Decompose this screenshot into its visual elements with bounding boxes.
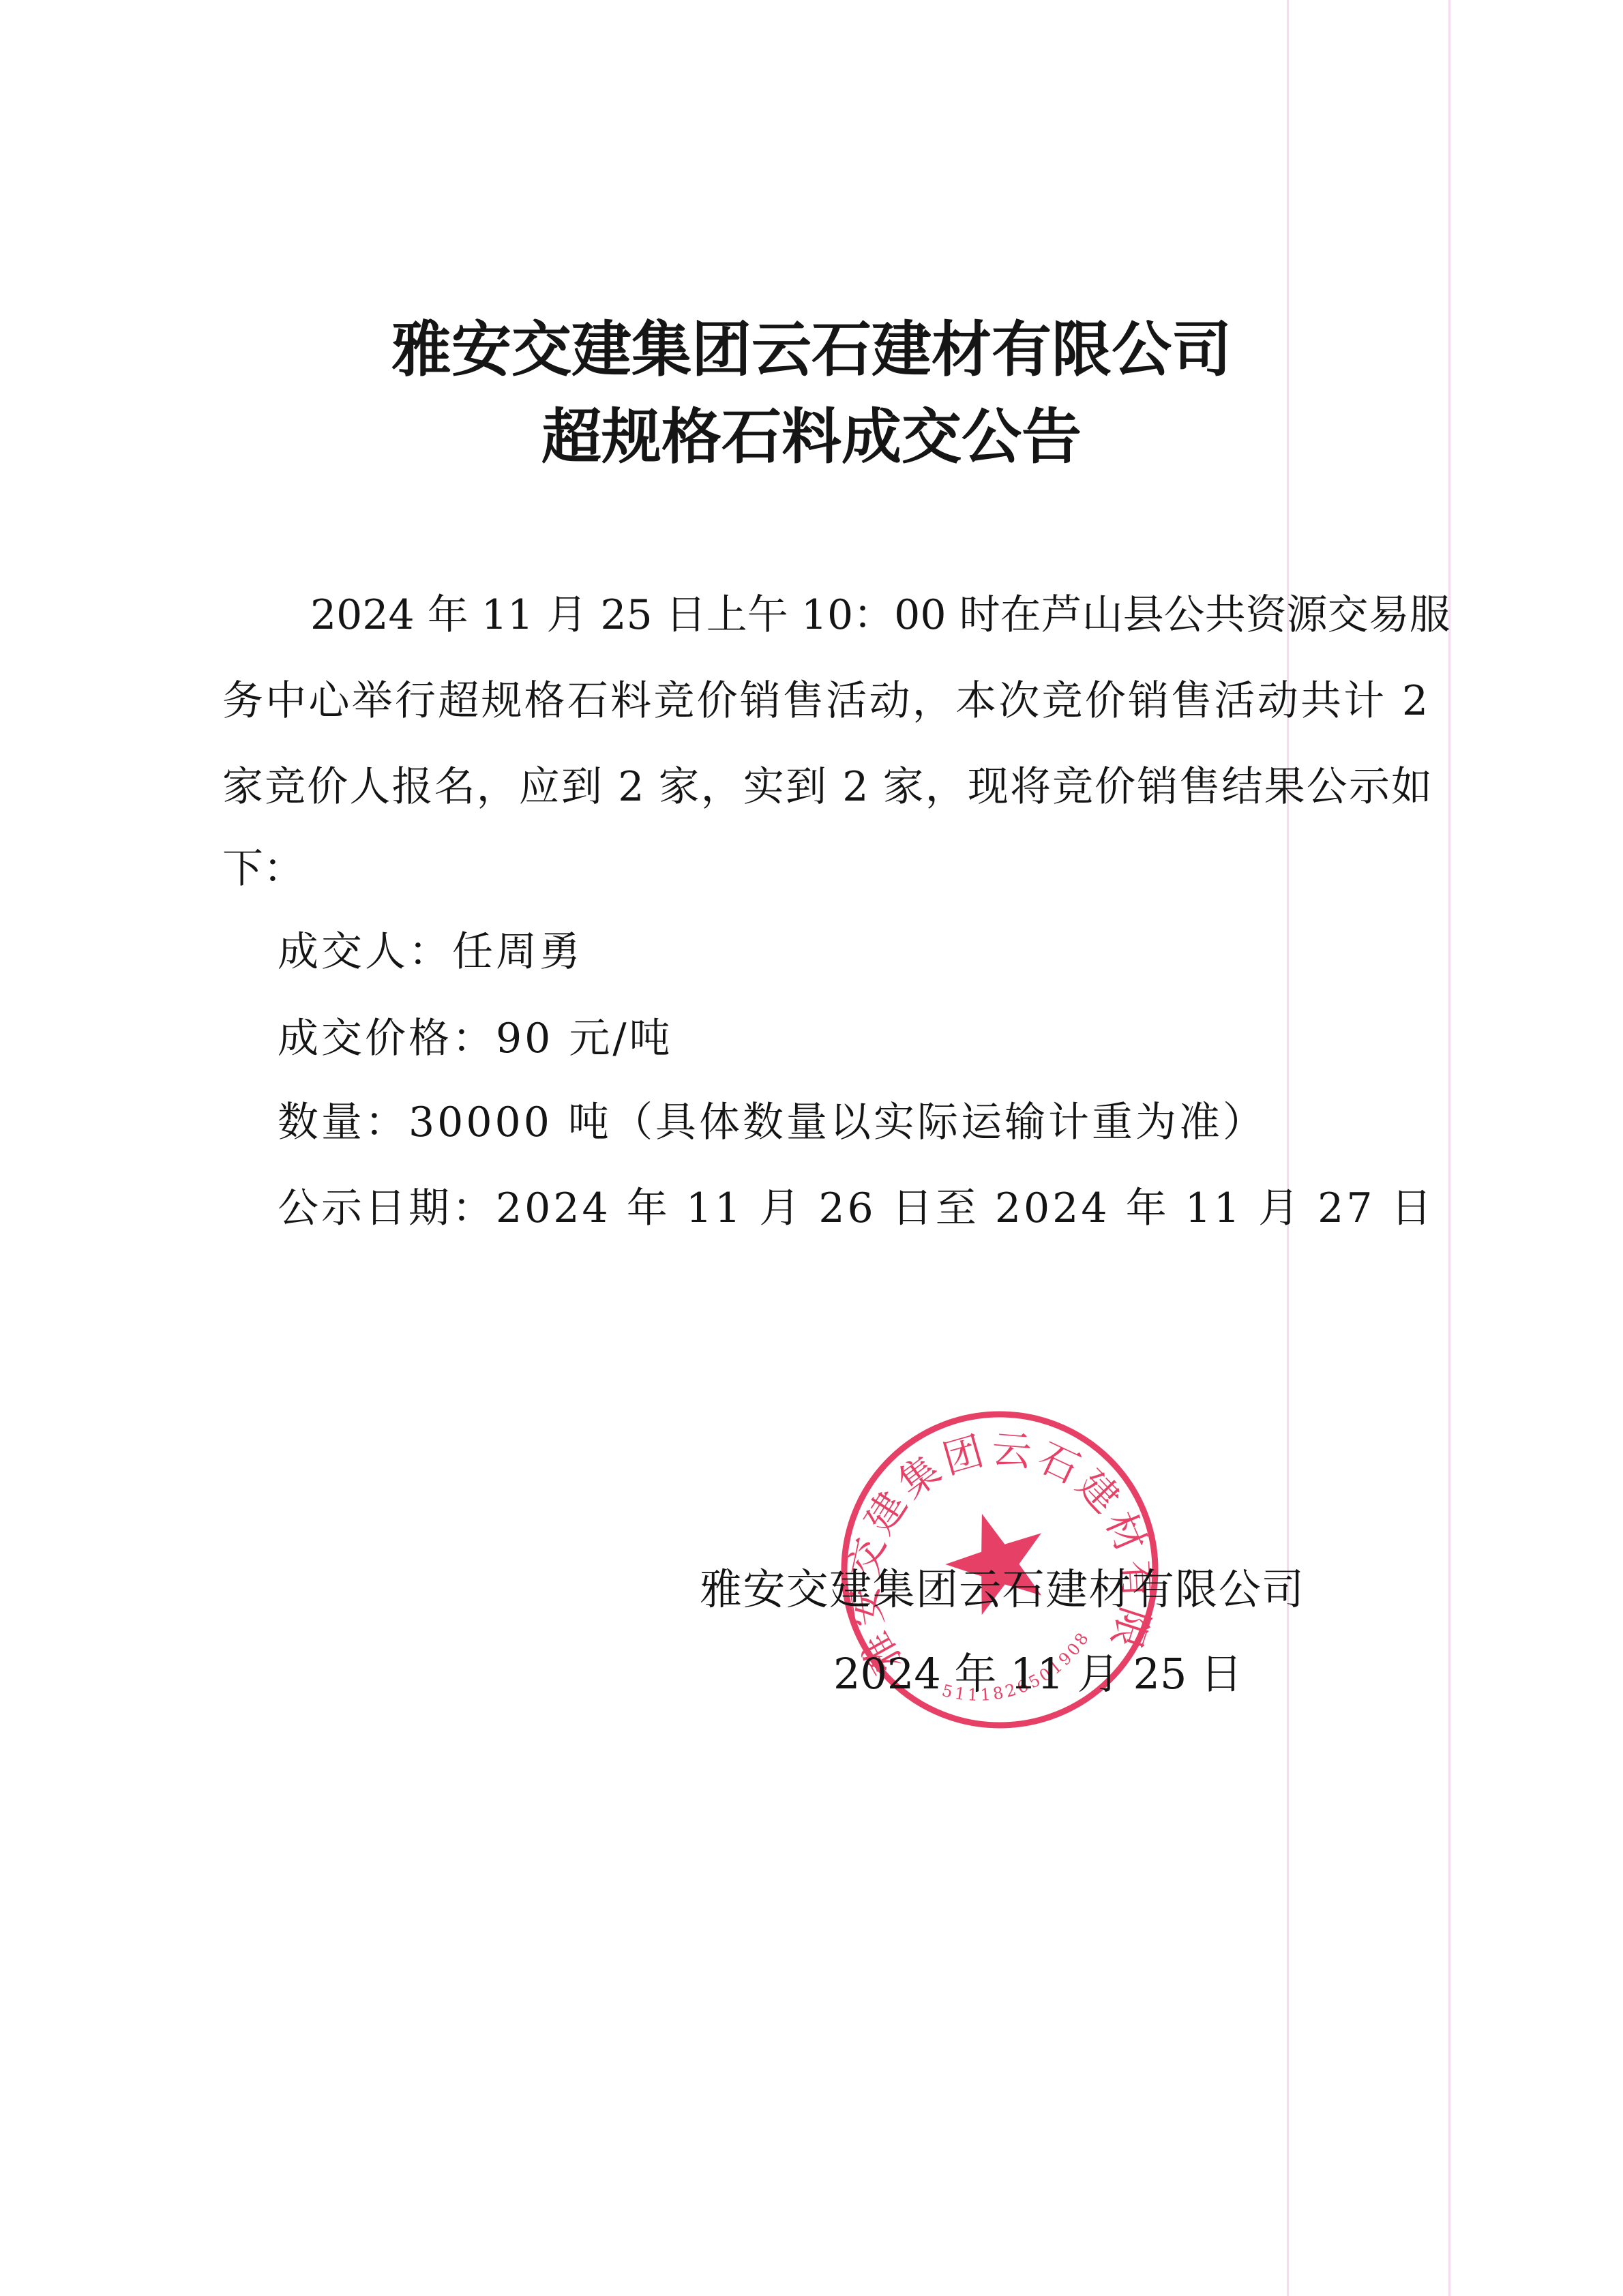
paragraph-line: 务中心举行超规格石料竞价销售活动，本次竞价销售活动共计 2 [222,677,1428,725]
result-value: 90 元/吨 [496,1015,673,1062]
document-title-line1: 雅安交建集团云石建材有限公司 [0,319,1623,379]
result-label: 公示日期： [278,1184,496,1232]
result-price: 成交价格：90 元/吨 [278,1015,673,1062]
result-label: 数量： [278,1099,408,1146]
paragraph-line: 下： [222,845,304,893]
document-page: 雅安交建集团云石建材有限公司 超规格石料成交公告 2024 年 11 月 25 … [0,0,1623,2296]
paragraph-line: 家竞价人报名，应到 2 家，实到 2 家，现将竞价销售结果公示如 [222,763,1432,811]
result-value: 2024 年 11 月 26 日至 2024 年 11 月 27 日 [496,1184,1435,1232]
signature-company: 雅安交建集团云石建材有限公司 [700,1566,1304,1613]
signature-date: 2024 年 11 月 25 日 [833,1650,1181,1698]
result-value: 任周勇 [452,928,583,976]
result-winner: 成交人：任周勇 [278,928,583,976]
result-publicity-period: 公示日期：2024 年 11 月 26 日至 2024 年 11 月 27 日 [278,1184,1435,1232]
result-label: 成交人： [278,928,452,976]
result-value: 30000 吨（具体数量以实际运输计重为准） [408,1099,1266,1146]
document-title-line2: 超规格石料成交公告 [0,406,1623,466]
paragraph-line: 2024 年 11 月 25 日上午 10：00 时在芦山县公共资源交易服 [310,591,1434,639]
result-label: 成交价格： [278,1015,496,1062]
result-quantity: 数量：30000 吨（具体数量以实际运输计重为准） [278,1099,1266,1146]
